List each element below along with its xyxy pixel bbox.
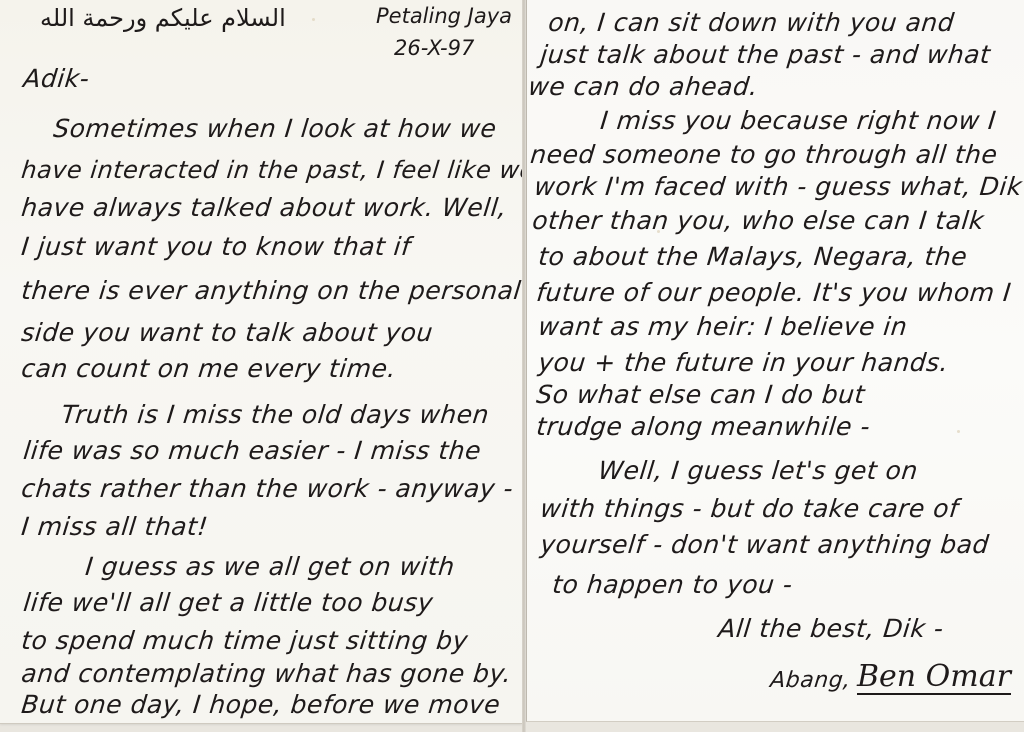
letter-line: future of our people. It's you whom I — [535, 278, 1013, 307]
letter-line: I miss you because right now I — [599, 106, 998, 135]
paper-speck — [657, 230, 660, 233]
letter-line: chats rather than the work - anyway - — [20, 474, 515, 503]
letter-line: we can do ahead. — [527, 72, 759, 101]
paper-speck — [404, 128, 407, 131]
letter-line: just talk about the past - and what — [539, 40, 992, 69]
letter-line: there is ever anything on the personal — [20, 276, 523, 305]
letter-line: side you want to talk about you — [20, 318, 435, 347]
sign-prefix: Abang, — [769, 668, 852, 693]
closing-line: All the best, Dik - — [717, 614, 945, 643]
salutation: Adik- — [22, 64, 91, 93]
letter-line: with things - but do take care of — [539, 494, 960, 523]
letter-line: can count on me every time. — [20, 354, 398, 383]
letter-line: trudge along meanwhile - — [535, 412, 872, 441]
letter-page-right: on, I can sit down with you and just tal… — [526, 0, 1024, 722]
letter-line: life we'll all get a little too busy — [22, 588, 435, 617]
letter-line: Truth is I miss the old days when — [60, 400, 491, 429]
letter-line: to about the Malays, Negara, the — [537, 242, 969, 271]
paper-speck — [957, 430, 960, 433]
signature: Ben Omar — [857, 660, 1011, 695]
paper-speck — [312, 18, 315, 21]
letter-line: life was so much easier - I miss the — [22, 436, 483, 465]
letter-line: So what else can I do but — [535, 380, 867, 409]
letter-line: on, I can sit down with you and — [547, 8, 956, 37]
letter-line: you + the future in your hands. — [537, 348, 950, 377]
letter-line: have interacted in the past, I feel like… — [20, 156, 536, 184]
arabic-greeting: السلام عليكم ورحمة الله — [40, 4, 286, 32]
letter-date: 26-X-97 — [394, 36, 474, 60]
letter-line: But one day, I hope, before we move — [20, 690, 502, 719]
letter-line: I just want you to know that if — [20, 232, 412, 261]
letter-line: need someone to go through all the — [529, 140, 999, 169]
letter-line: and contemplating what has gone by. — [20, 659, 513, 688]
letter-line: work I'm faced with - guess what, Dik - — [533, 172, 1024, 201]
letter-line: I miss all that! — [20, 512, 210, 541]
letter-page-left: السلام عليكم ورحمة الله Petaling Jaya 26… — [0, 0, 522, 724]
letter-line: to happen to you - — [551, 570, 794, 599]
letter-line: I guess as we all get on with — [84, 552, 456, 581]
letter-line: have always talked about work. Well, — [20, 193, 508, 222]
letter-line: other than you, who else can I talk — [531, 206, 986, 235]
letter-place: Petaling Jaya — [376, 4, 512, 28]
letter-line: yourself - don't want anything bad — [539, 530, 991, 559]
letter-line: want as my heir: I believe in — [537, 312, 909, 341]
letter-line: to spend much time just sitting by — [20, 626, 470, 655]
letter-line: Sometimes when I look at how we — [52, 114, 498, 143]
letter-line: Well, I guess let's get on — [597, 456, 919, 485]
